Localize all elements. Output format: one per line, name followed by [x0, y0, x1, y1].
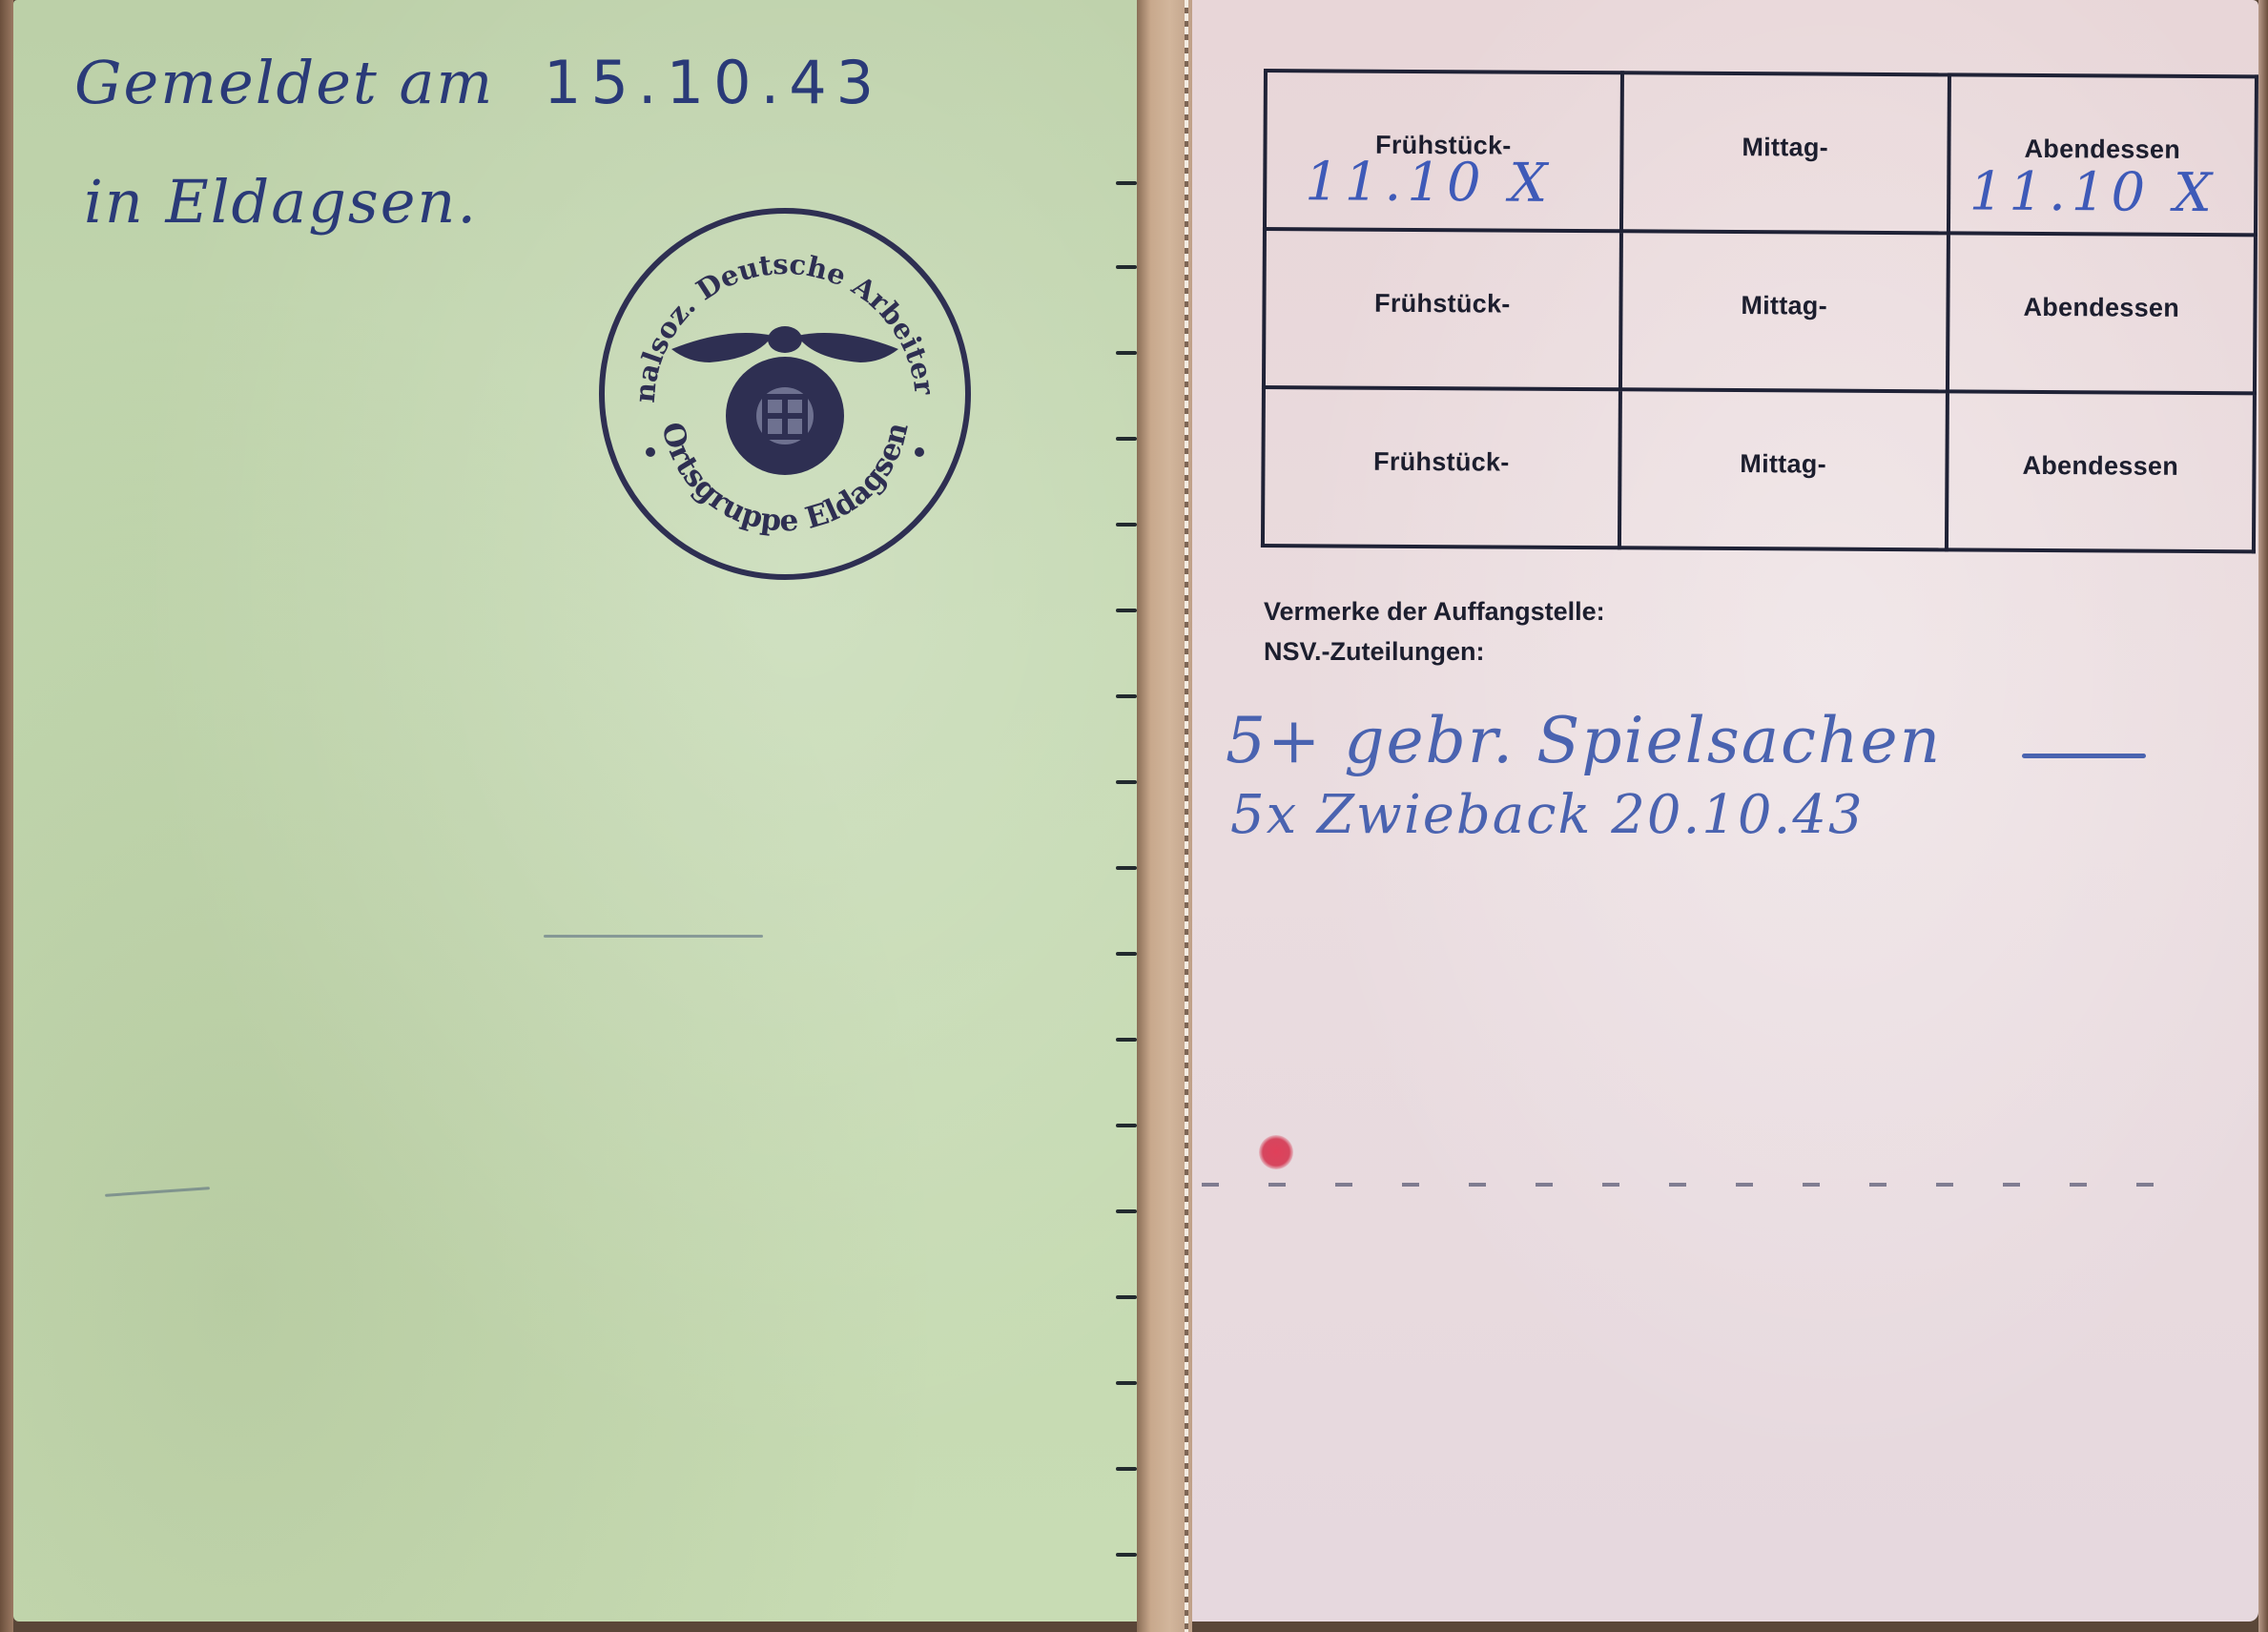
red-ink-spot	[1259, 1135, 1293, 1169]
cover-edge	[0, 0, 13, 1632]
meal-cell-breakfast: Frühstück- 11.10 X	[1265, 71, 1622, 231]
left-page	[13, 0, 1137, 1622]
stamp-graphic: Nationalsoz. Deutsche Arbeiterpartei Ort…	[605, 214, 965, 574]
reception-notes-label: Vermerke der Auffangstelle:	[1264, 597, 1605, 627]
party-stamp: Nationalsoz. Deutsche Arbeiterpartei Ort…	[599, 208, 971, 580]
handwritten-meal-entry: 11.10 X	[1969, 161, 2217, 225]
spine-stitching	[1185, 0, 1188, 1632]
meal-cell-lunch: Mittag-	[1621, 72, 1949, 233]
meal-cell-dinner: Abendessen	[1947, 391, 2255, 551]
handwritten-allocation-line1: 5+ gebr. Spielsachen	[1226, 704, 1942, 777]
meal-row: Frühstück- Mittag- Abendessen	[1264, 229, 2256, 393]
pencil-mark	[544, 935, 763, 938]
binding-stitches	[1116, 181, 1137, 1593]
cover-edge-right	[2258, 0, 2268, 1632]
handwritten-registration-line1: Gemeldet am 15.10.43	[74, 48, 883, 117]
handwritten-registration-line2: in Eldagsen.	[84, 167, 478, 237]
handwritten-allocation-line2: 5x Zwieback 20.10.43	[1230, 784, 1865, 846]
meal-row: Frühstück- Mittag- Abendessen	[1263, 387, 2255, 551]
meal-cell-lunch: Mittag-	[1619, 389, 1948, 549]
meal-cell-breakfast: Frühstück-	[1263, 387, 1620, 547]
meal-voucher-table: Frühstück- 11.10 X Mittag- Abendessen 11…	[1261, 69, 2258, 553]
nsv-allocations-label: NSV.-Zuteilungen:	[1264, 637, 1485, 667]
handwritten-underline-stroke	[2022, 754, 2146, 758]
meal-cell-lunch: Mittag-	[1620, 231, 1948, 391]
handwritten-meal-entry: 11.10 X	[1305, 151, 1553, 215]
meal-row: Frühstück- 11.10 X Mittag- Abendessen 11…	[1265, 71, 2257, 235]
meal-cell-dinner: Abendessen	[1948, 233, 2256, 393]
show-through-print	[1202, 1183, 2203, 1187]
open-booklet: Gemeldet am 15.10.43 in Eldagsen. Nation…	[0, 0, 2268, 1632]
meal-cell-breakfast: Frühstück-	[1264, 229, 1621, 389]
handwritten-registration-date: 15.10.43	[544, 48, 883, 117]
wreath-emblem-icon	[726, 357, 844, 475]
meal-cell-dinner: Abendessen 11.10 X	[1948, 74, 2257, 235]
handwritten-registered-word: Gemeldet am	[74, 48, 494, 117]
